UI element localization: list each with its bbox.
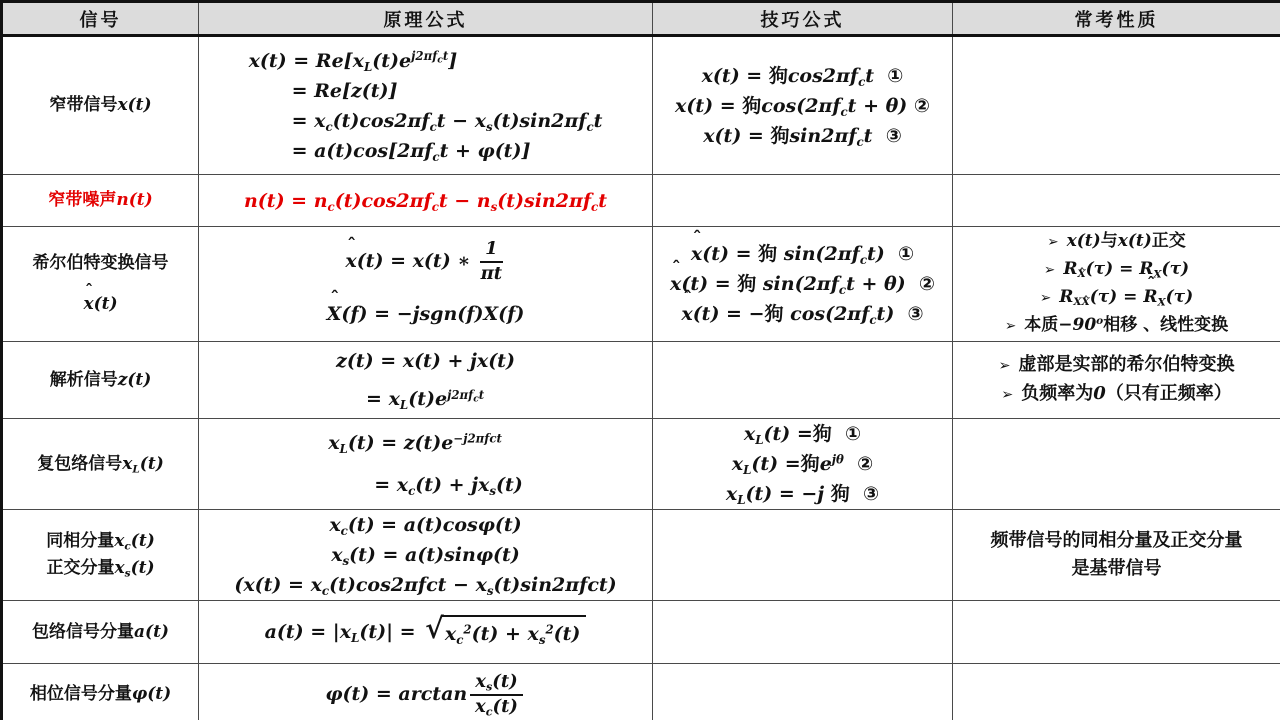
formula-line: n(t) = nc(t)cos2πfct − ns(t)sin2πfct [244, 186, 607, 216]
arrow-bullet-icon: ➢ [1047, 234, 1058, 250]
table-row: 同相分量xc(t) 正交分量xs(t) xc(t) = a(t)cosφ(t) … [2, 510, 1280, 601]
property-item: ➢RX(τ) = RX(τ) [1044, 256, 1189, 284]
cell-principle-phase: φ(t) = arctanxs(t)xc(t) [199, 664, 653, 720]
table-row: 相位信号分量φ(t) φ(t) = arctanxs(t)xc(t) [2, 664, 1280, 720]
cell-principle-analytic: z(t) = x(t) + jx(t) = xL(t)ej2πfct [199, 342, 653, 419]
signal-label: 窄带信号x(t) [49, 92, 151, 119]
header-common-properties: 常考性质 [953, 2, 1280, 36]
formula-line: xL(t) =狗 ① [744, 419, 861, 449]
cell-properties-narrowband [953, 36, 1280, 175]
formula-line: x(t) = 狗sin2πfct ③ [703, 121, 902, 151]
property-text: x(t)与x(t)正交 [1067, 231, 1186, 251]
cell-technique-complex-envelope: xL(t) =狗 ① xL(t) =狗ejθ ② xL(t) = −j 狗 ③ [653, 419, 953, 510]
arrow-bullet-icon: ➢ [1044, 262, 1055, 278]
arrow-bullet-icon: ➢ [1001, 387, 1013, 403]
formula-line: X(f) = −jsgn(f)X(f) [327, 299, 525, 329]
cell-technique-noise [653, 175, 953, 227]
formula-line: = xL(t)ej2πfct [336, 384, 484, 414]
formula-line: z(t) = x(t) + jx(t) [336, 346, 515, 376]
cell-signal-narrowband: 窄带信号x(t) [2, 36, 199, 175]
table-row: 希尔伯特变换信号 x(t) x(t) = x(t) ∗ 1πt X(f) = −… [2, 227, 1280, 342]
cell-technique-analytic [653, 342, 953, 419]
cell-properties-phase [953, 664, 1280, 720]
formula-line: x(t) = Re[xL(t)ej2πfct] [249, 46, 458, 76]
signal-label: 复包络信号xL(t) [37, 451, 164, 478]
formula-table: 信号 原理公式 技巧公式 常考性质 窄带信号x(t) x(t) = Re[xL(… [0, 0, 1280, 720]
formula-line: xc(t) = a(t)cosφ(t) [329, 510, 521, 540]
signal-label: 同相分量xc(t) [46, 528, 155, 555]
cell-signal-analytic: 解析信号z(t) [2, 342, 199, 419]
signal-label: 相位信号分量φ(t) [30, 681, 171, 708]
cell-properties-envelope [953, 601, 1280, 664]
cell-principle-narrowband: x(t) = Re[xL(t)ej2πfct] = Re[z(t)] = xc(… [199, 36, 653, 175]
arrow-bullet-icon: ➢ [1040, 290, 1051, 306]
property-text: RXX(τ) = RX(τ) [1059, 287, 1193, 307]
cell-signal-phase: 相位信号分量φ(t) [2, 664, 199, 720]
property-item: ➢x(t)与x(t)正交 [1047, 228, 1186, 256]
signal-label: 包络信号分量a(t) [32, 619, 169, 646]
property-text: 负频率为0（只有正频率） [1021, 383, 1232, 404]
table-row: 窄带信号x(t) x(t) = Re[xL(t)ej2πfct] = Re[z(… [2, 36, 1280, 175]
formula-line: x(t) = x(t) ∗ 1πt [345, 239, 505, 285]
formula-line: = xc(t) + jxs(t) [328, 470, 523, 500]
formula-line: = Re[z(t)] [249, 76, 398, 106]
formula-line: xL(t) =狗ejθ ② [732, 449, 873, 479]
property-text: 是基带信号 [1072, 555, 1162, 583]
formula-line: x(t) = −狗 cos(2πfct) ③ [681, 299, 923, 329]
cell-technique-envelope [653, 601, 953, 664]
arrow-bullet-icon: ➢ [998, 358, 1010, 374]
property-text: RX(τ) = RX(τ) [1063, 259, 1189, 279]
property-item: ➢虚部是实部的希尔伯特变换 [998, 351, 1234, 380]
watermark-remnant [1002, 713, 1052, 720]
cell-properties-components: 频带信号的同相分量及正交分量 是基带信号 [953, 510, 1280, 601]
cell-principle-hilbert: x(t) = x(t) ∗ 1πt X(f) = −jsgn(f)X(f) [199, 227, 653, 342]
signal-label: 希尔伯特变换信号 [33, 250, 169, 277]
cell-signal-hilbert: 希尔伯特变换信号 x(t) [2, 227, 199, 342]
cell-signal-envelope: 包络信号分量a(t) [2, 601, 199, 664]
formula-line: a(t) = |xL(t)| = √xc2(t) + xs2(t) [265, 615, 587, 649]
signal-label: x(t) [83, 291, 117, 318]
watermark-remnant [1066, 713, 1092, 720]
header-technique-formula: 技巧公式 [653, 2, 953, 36]
header-row: 信号 原理公式 技巧公式 常考性质 [2, 2, 1280, 36]
cell-technique-hilbert: x(t) = 狗 sin(2πfct) ① x(t) = 狗 sin(2πfct… [653, 227, 953, 342]
cell-technique-phase [653, 664, 953, 720]
signal-label: 正交分量xs(t) [46, 555, 154, 582]
formula-line: = xc(t)cos2πfct − xs(t)sin2πfct [249, 106, 603, 136]
arrow-bullet-icon: ➢ [1005, 318, 1016, 334]
cell-properties-hilbert: ➢x(t)与x(t)正交 ➢RX(τ) = RX(τ) ➢RXX(τ) = RX… [953, 227, 1280, 342]
cell-signal-components: 同相分量xc(t) 正交分量xs(t) [2, 510, 199, 601]
cell-properties-noise [953, 175, 1280, 227]
table-row: 复包络信号xL(t) xL(t) = z(t)e−j2πfct = xc(t) … [2, 419, 1280, 510]
cell-principle-envelope: a(t) = |xL(t)| = √xc2(t) + xs2(t) [199, 601, 653, 664]
cell-technique-narrowband: x(t) = 狗cos2πfct ① x(t) = 狗cos(2πfct + θ… [653, 36, 953, 175]
property-item: ➢负频率为0（只有正频率） [1001, 380, 1232, 409]
table-row: 包络信号分量a(t) a(t) = |xL(t)| = √xc2(t) + xs… [2, 601, 1280, 664]
property-item: ➢RXX(τ) = RX(τ) [1040, 284, 1193, 312]
table-row: 窄带噪声n(t) n(t) = nc(t)cos2πfct − ns(t)sin… [2, 175, 1280, 227]
formula-line: xL(t) = −j 狗 ③ [726, 479, 879, 509]
study-notes-page: { "colors":{ "header_bg":"#dcdcdc", "acc… [0, 0, 1280, 720]
header-signal: 信号 [2, 2, 199, 36]
cell-principle-components: xc(t) = a(t)cosφ(t) xs(t) = a(t)sinφ(t) … [199, 510, 653, 601]
signal-label: 解析信号z(t) [50, 367, 152, 394]
cell-signal-noise: 窄带噪声n(t) [2, 175, 199, 227]
header-principle-formula: 原理公式 [199, 2, 653, 36]
cell-principle-noise: n(t) = nc(t)cos2πfct − ns(t)sin2πfct [199, 175, 653, 227]
formula-line: xL(t) = z(t)e−j2πfct [328, 428, 502, 458]
table-row: 解析信号z(t) z(t) = x(t) + jx(t) = xL(t)ej2π… [2, 342, 1280, 419]
cell-technique-components [653, 510, 953, 601]
property-text: 频带信号的同相分量及正交分量 [991, 527, 1243, 555]
formula-line: = a(t)cos[2πfct + φ(t)] [249, 136, 531, 166]
cell-signal-complex-envelope: 复包络信号xL(t) [2, 419, 199, 510]
cell-properties-analytic: ➢虚部是实部的希尔伯特变换 ➢负频率为0（只有正频率） [953, 342, 1280, 419]
formula-line: x(t) = 狗 sin(2πfct + θ) ② [670, 269, 935, 299]
cell-properties-complex-envelope [953, 419, 1280, 510]
cell-principle-complex-envelope: xL(t) = z(t)e−j2πfct = xc(t) + jxs(t) [199, 419, 653, 510]
formula-line: (x(t) = xc(t)cos2πfct − xs(t)sin2πfct) [234, 570, 616, 600]
formula-line: x(t) = 狗cos2πfct ① [702, 61, 904, 91]
property-text: 虚部是实部的希尔伯特变换 [1019, 354, 1235, 375]
property-item: ➢本质−90o相移 、线性变换 [1005, 312, 1228, 340]
formula-line: xs(t) = a(t)sinφ(t) [331, 540, 520, 570]
formula-line: x(t) = 狗 sin(2πfct) ① [691, 239, 914, 269]
formula-line: x(t) = 狗cos(2πfct + θ) ② [675, 91, 930, 121]
property-text: 本质−90o相移 、线性变换 [1024, 315, 1228, 335]
signal-label: 窄带噪声n(t) [48, 187, 152, 214]
formula-line: φ(t) = arctanxs(t)xc(t) [325, 672, 525, 718]
